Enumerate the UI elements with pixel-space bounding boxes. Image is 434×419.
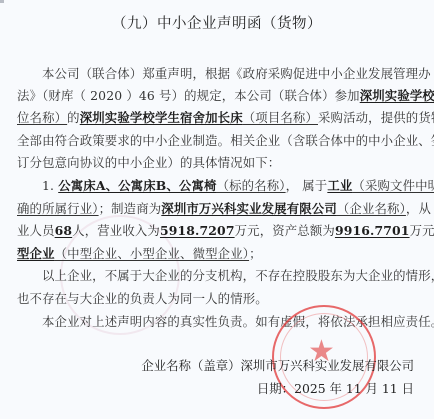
- item1-line3: 业人员68人，营业收入为5918.7207万元，资产总额为9916.7701万元…: [17, 223, 412, 239]
- date-value: 2025 年 11 月 11 日: [294, 381, 414, 396]
- text: 的: [67, 110, 80, 125]
- date-line: 日期：2025 年 11 月 11 日: [257, 381, 414, 397]
- text: 业人员: [17, 223, 55, 238]
- text: 全部由符合政策要求的中小企业制造。相关企业（含联合体中的中小企业、签: [17, 133, 434, 148]
- date-label: 日期：: [257, 381, 294, 396]
- text: ；: [249, 246, 262, 261]
- item1-line1: 1. 公寓床A、公寓床B、公寓椅（标的名称）， 属于工业（采购文件中明: [42, 178, 412, 194]
- text: 万元，属于: [410, 223, 434, 238]
- subject-name-field: 公寓床A、公寓床B、公寓椅: [58, 178, 216, 193]
- unit-name-hint: 位名称）: [17, 110, 67, 125]
- signature-company: 深圳市万兴科实业发展有限公司: [241, 358, 414, 373]
- enterprise-size-hint: （中型企业、小型企业、微型企业）: [55, 246, 249, 261]
- text: 采购活动，提供的货物: [318, 110, 434, 125]
- text: ；制造商为: [99, 201, 162, 216]
- enterprise-size-field: 型企业: [17, 246, 55, 261]
- text: ，从: [406, 201, 431, 216]
- text: 万元，资产总额为: [235, 223, 335, 238]
- paragraph1-line2: 法》（财库（ 2020 ）46 号）的规定，本公司（联合体）参加深圳实验学校（单: [17, 88, 412, 104]
- project-name-hint: （项目名称）: [243, 110, 318, 125]
- text: 本企业对上述声明内容的真实性负责。如有虚假，将依法承担相应责任。: [42, 314, 434, 329]
- employees-field: 68: [55, 223, 73, 238]
- text: 以上企业，不属于大企业的分支机构，不存在控股股东为大企业的情形，: [42, 268, 434, 283]
- paragraph1-line3: 位名称）的深圳实验学校学生宿舍加长床（项目名称）采购活动，提供的货物: [17, 110, 412, 126]
- paragraph2-line2: 也不存在与大企业的负责人为同一人的情形。: [17, 291, 412, 307]
- text: 订分包意向协议的中小企业）的具体情况如下：: [17, 155, 280, 170]
- revenue-field: 5918.7207: [160, 223, 235, 238]
- document-title: （九）中小企业声明函（货物）: [0, 12, 434, 33]
- item1-line2: 确的所属行业）；制造商为深圳市万兴科实业发展有限公司（企业名称），从: [17, 201, 412, 217]
- paragraph2-line1: 以上企业，不属于大企业的分支机构，不存在控股股东为大企业的情形，: [42, 268, 412, 284]
- text: 也不存在与大企业的负责人为同一人的情形。: [17, 291, 268, 306]
- text: ， 属于: [286, 178, 328, 193]
- paragraph1-line1: 本公司（联合体）郑重声明，根据《政府采购促进中小企业发展管理办: [42, 66, 412, 82]
- unit-name-field: 深圳实验学校: [360, 88, 434, 103]
- industry-hint: （采购文件中明: [352, 178, 434, 193]
- manufacturer-field: 深圳市万兴科实业发展有限公司: [161, 201, 337, 216]
- industry-field: 工业: [327, 178, 352, 193]
- item1-line4: 型企业（中型企业、小型企业、微型企业）；: [17, 246, 412, 262]
- assets-field: 9916.7701: [335, 223, 410, 238]
- paragraph1-line4: 全部由符合政策要求的中小企业制造。相关企业（含联合体中的中小企业、签: [17, 133, 412, 149]
- signature-line: 企业名称（盖章）深圳市万兴科实业发展有限公司: [141, 358, 414, 374]
- document-page: （九）中小企业声明函（货物） 本公司（联合体）郑重声明，根据《政府采购促进中小企…: [0, 0, 434, 419]
- paragraph1-line5: 订分包意向协议的中小企业）的具体情况如下：: [17, 155, 412, 171]
- industry-hint: 确的所属行业）: [17, 201, 99, 216]
- item-number: 1.: [42, 178, 54, 193]
- text: 本公司（联合体）郑重声明，根据《政府采购促进中小企业发展管理办: [42, 66, 431, 81]
- subject-name-hint: （标的名称）: [217, 178, 286, 193]
- signature-label: 企业名称（盖章）: [141, 358, 240, 373]
- manufacturer-hint: （企业名称）: [337, 201, 406, 216]
- project-name-field: 深圳实验学校学生宿舍加长床: [80, 110, 243, 125]
- scan-artifact: [0, 0, 4, 3]
- text: 法》（财库（ 2020 ）46 号）的规定，本公司（联合体）参加: [17, 88, 360, 103]
- text: 人，营业收入为: [72, 223, 160, 238]
